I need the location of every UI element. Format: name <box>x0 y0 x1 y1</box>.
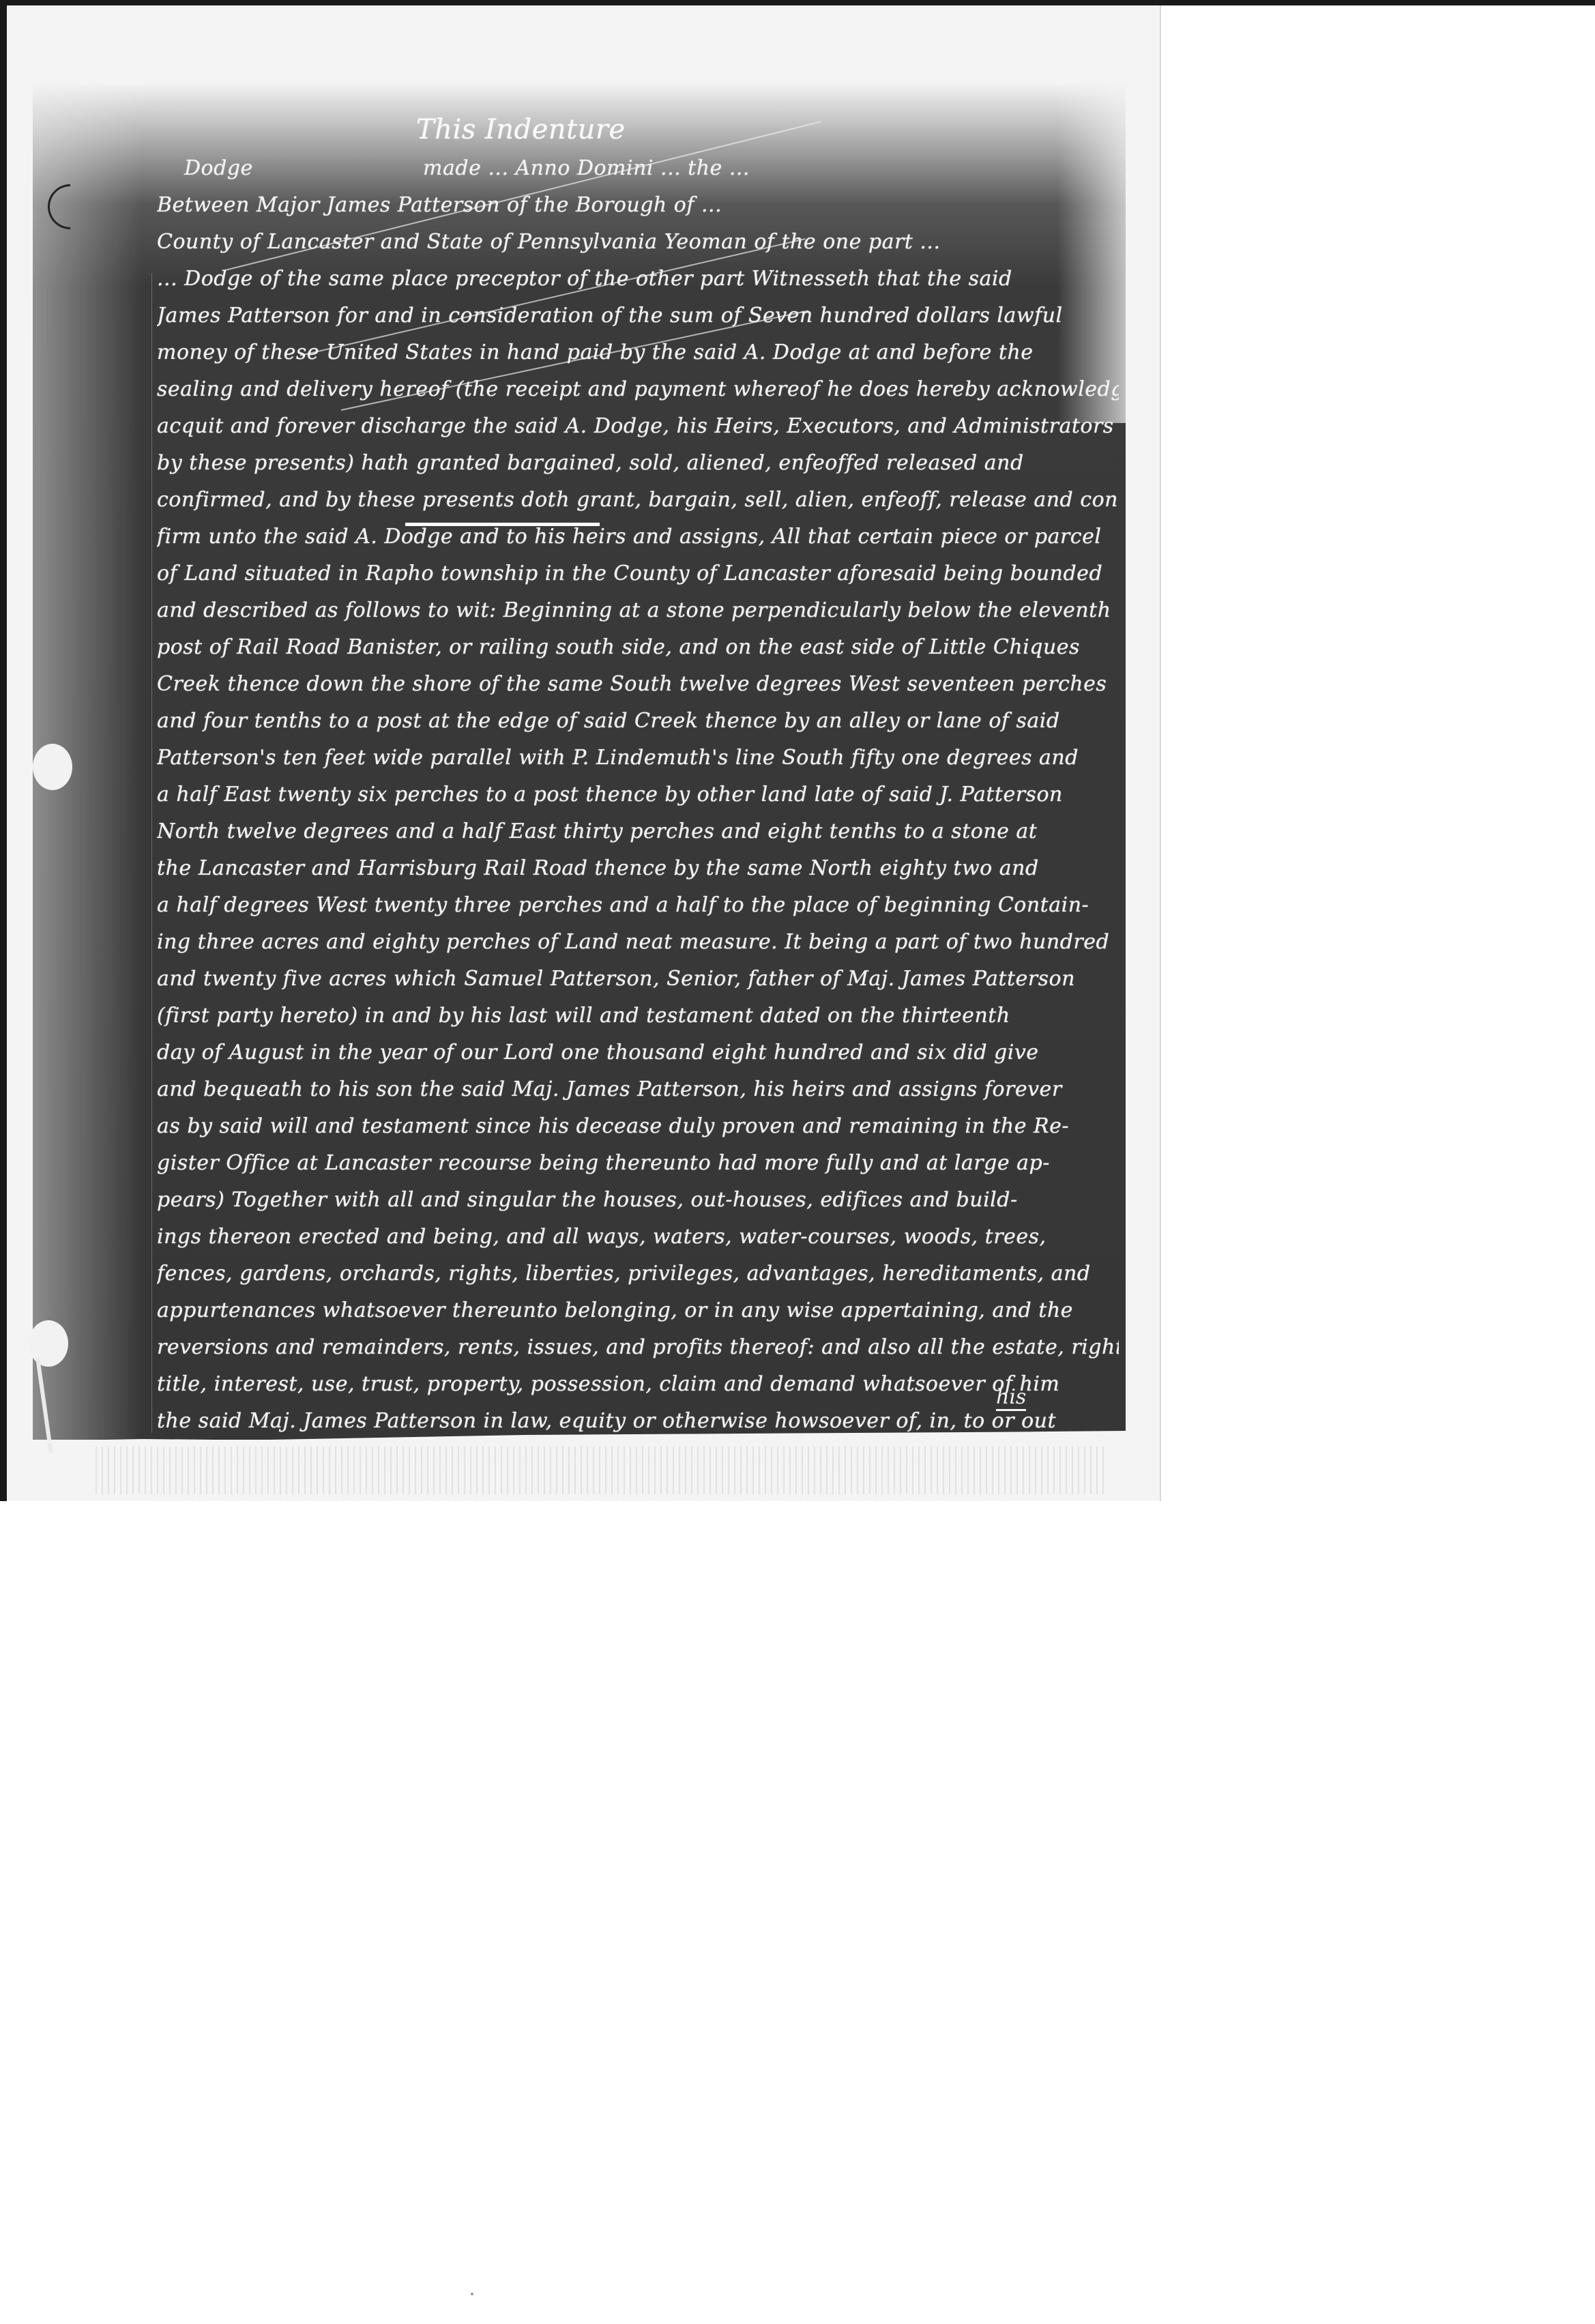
text-line: a half degrees West twenty three perches… <box>157 887 1119 924</box>
document-title: This Indenture <box>157 109 1119 150</box>
text-line: and twenty five acres which Samuel Patte… <box>157 961 1119 998</box>
text-line: fences, gardens, orchards, rights, liber… <box>157 1255 1119 1292</box>
text-line: Between Major James Patterson of the Bor… <box>157 187 1119 224</box>
margin-rule <box>151 273 152 1433</box>
text-line: and bequeath to his son the said Maj. Ja… <box>157 1071 1119 1108</box>
text-line: and four tenths to a post at the edge of… <box>157 703 1119 740</box>
text-line: pears) Together with all and singular th… <box>157 1182 1119 1219</box>
text-line: confirmed, and by these presents doth gr… <box>157 482 1119 519</box>
paper-speck <box>471 2293 473 2295</box>
text-line: ings thereon erected and being, and all … <box>157 1219 1119 1255</box>
text-line: James Patterson for and in consideration… <box>157 297 1119 334</box>
text-line-rapho: of Land situated in Rapho township in th… <box>157 555 1119 592</box>
scan-edge-top <box>0 0 1595 5</box>
catchword: his <box>996 1385 1026 1411</box>
text-line: firm unto the said A. Dodge and to his h… <box>157 519 1119 555</box>
text-line: and described as follows to wit: Beginni… <box>157 592 1119 629</box>
text-line: of Land situated in Rapho township in th… <box>157 562 1102 585</box>
punch-hole-upper <box>33 744 72 790</box>
text-line: reversions and remainders, rents, issues… <box>157 1329 1119 1366</box>
indenture-text: This Indenture Dodge made ... Anno Domin… <box>157 109 1119 1550</box>
heading-text: made ... Anno Domini ... the ... <box>423 156 750 180</box>
text-line: appurtenances whatsoever thereunto belon… <box>157 1292 1119 1329</box>
text-line: title, interest, use, trust, property, p… <box>157 1366 1119 1403</box>
text-line: ... Dodge of the same place preceptor of… <box>157 261 1119 297</box>
text-line: Creek thence down the shore of the same … <box>157 666 1119 703</box>
marginal-note: Dodge <box>184 150 416 187</box>
text-line: (first party hereto) in and by his last … <box>157 998 1119 1034</box>
text-line: sealing and delivery hereof (the receipt… <box>157 371 1119 408</box>
text-line: acquit and forever discharge the said A.… <box>157 408 1119 445</box>
text-line: gister Office at Lancaster recourse bein… <box>157 1145 1119 1182</box>
copy-noise-bottom <box>96 1447 1105 1494</box>
text-line: County of Lancaster and State of Pennsyl… <box>157 224 1119 261</box>
text-line: a half East twenty six perches to a post… <box>157 776 1119 813</box>
text-line: the Lancaster and Harrisburg Rail Road t… <box>157 850 1119 887</box>
text-line: North twelve degrees and a half East thi… <box>157 813 1119 850</box>
blank-page-area <box>0 1501 1595 2324</box>
text-line: ing three acres and eighty perches of La… <box>157 924 1119 961</box>
punch-hole-lower <box>29 1320 68 1367</box>
scan-edge-left <box>0 0 7 1501</box>
text-line: post of Rail Road Banister, or railing s… <box>157 629 1119 666</box>
text-line: Patterson's ten feet wide parallel with … <box>157 740 1119 776</box>
text-line: by these presents) hath granted bargaine… <box>157 445 1119 482</box>
rapho-underline <box>405 523 600 526</box>
text-line: day of August in the year of our Lord on… <box>157 1034 1119 1071</box>
heading-line: Dodge made ... Anno Domini ... the ... <box>157 150 1119 187</box>
text-line: money of these United States in hand pai… <box>157 334 1119 371</box>
text-line: as by said will and testament since his … <box>157 1108 1119 1145</box>
